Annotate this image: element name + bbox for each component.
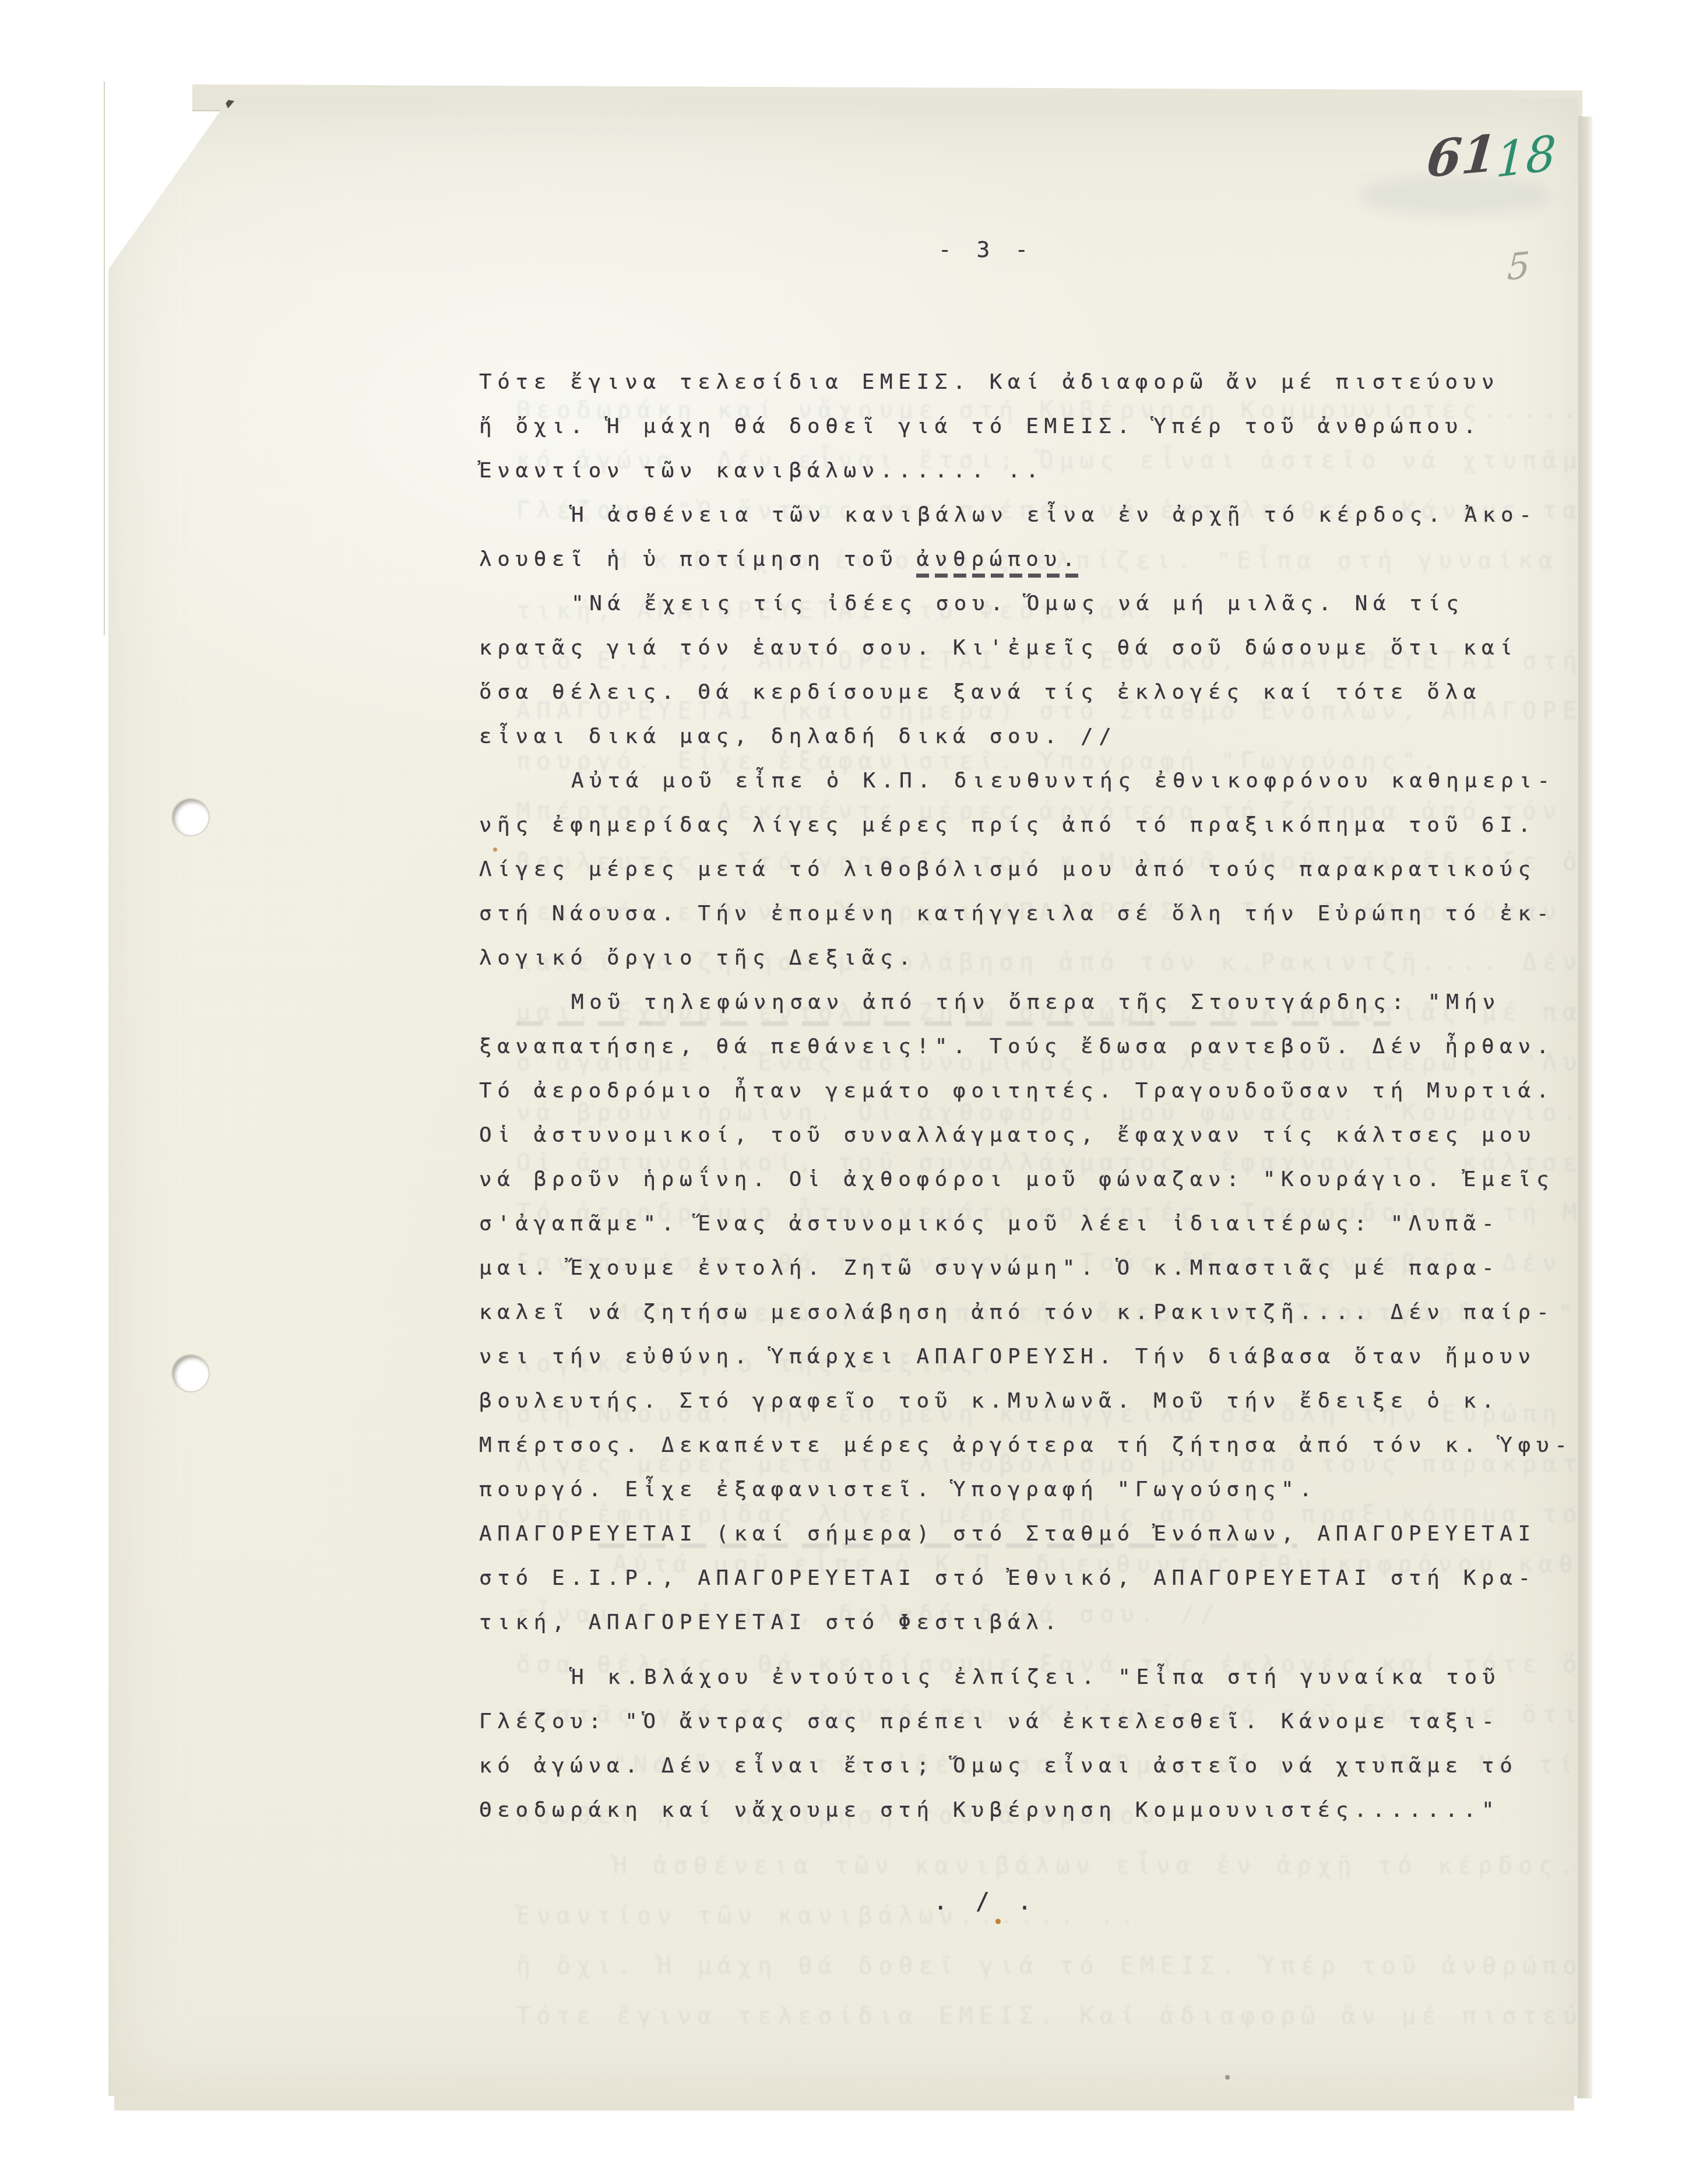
typewritten-line: Ἡ ἀσθένεια τῶν κανιβάλων εἶνα ἐν ἀρχῇ τό… xyxy=(479,493,1621,537)
typewritten-line: νά βροῦν ἡρωΐνη. Οἱ ἀχθοφόροι μοῦ φώναζα… xyxy=(479,1158,1621,1202)
typewritten-line: ΑΠΑΓΟΡΕΥΕΤΑΙ (καί σήμερα) στό Σταθμό Ἐνό… xyxy=(479,1512,1621,1556)
document-page: Θεοδωράκη καί νἄχουμε στή Κυβέρνηση Κομμ… xyxy=(108,98,1578,2096)
typewritten-line: Τό ἀεροδρόμιο ἦταν γεμάτο φοιτητές. Τραγ… xyxy=(479,1069,1621,1113)
typewritten-line: νῆς ἐφημερίδας λίγες μέρες πρίς ἀπό τό π… xyxy=(479,803,1621,847)
typewritten-line: στή Νάουσα. Τήν ἐπομένη κατήγγειλα σέ ὅλ… xyxy=(479,892,1621,936)
typewritten-line: Τότε ἔγινα τελεσίδια ΕΜΕΙΣ. Καί ἀδιαφορῶ… xyxy=(479,360,1621,405)
typewritten-line: Οἱ ἀστυνομικοί, τοῦ συναλλάγματος, ἔφαχν… xyxy=(479,1113,1621,1158)
handwritten-green-number: 18 xyxy=(1495,125,1557,189)
punch-hole-bottom xyxy=(173,1355,209,1391)
typewritten-line: ἤ ὄχι. Ἡ μάχη θά δοθεῖ γιά τό ΕΜΕΙΣ. Ὑπέ… xyxy=(479,405,1621,449)
paper-speck xyxy=(995,1919,1001,1924)
back-sheet-edge-left xyxy=(104,82,105,635)
typewritten-line: Γλέζου: "Ὁ ἄντρας σας πρέπει νά ἐκτελεσθ… xyxy=(479,1700,1621,1744)
typewritten-line: κρατᾶς γιά τόν ἑαυτό σου. Κι'ἐμεῖς θά σο… xyxy=(479,626,1621,670)
typewritten-line: στό Ε.Ι.Ρ., ΑΠΑΓΟΡΕΥΕΤΑΙ στό Ἐθνικό, ΑΠΑ… xyxy=(479,1556,1621,1601)
typewritten-line: ξαναπατήσηε, θά πεθάνεις!". Τούς ἔδωσα ρ… xyxy=(479,1025,1621,1069)
typewritten-line: ἤ ὄχι. Ἡ μάχη θά δοθεῖ γιά τό ΕΜΕΙΣ. Ὑπέ… xyxy=(516,1940,1696,1990)
typewritten-line: Μπέρτσος. Δεκαπέντε μέρες ἀργότερα τή ζή… xyxy=(479,1423,1621,1468)
handwritten-pencil-number: 61 xyxy=(1424,124,1499,189)
typewritten-line: βουλευτής. Στό γραφεῖο τοῦ κ.Μυλωνᾶ. Μοῦ… xyxy=(479,1379,1621,1423)
typewritten-line: πουργό. Εἶχε ἐξαφανιστεῖ. Ὑπογραφή "Γωγο… xyxy=(479,1468,1621,1512)
typewritten-line: Λίγες μέρες μετά τό λιθοβόλισμό μου ἀπό … xyxy=(479,847,1621,892)
typewritten-line: μαι. Ἔχουμε ἐντολή. Ζητῶ συγνώμη". Ὁ κ.Μ… xyxy=(479,1246,1621,1290)
typewritten-line: ὅσα θέλεις. Θά κερδίσουμε ξανά τίς ἐκλογ… xyxy=(479,670,1621,715)
typewritten-line: Αὐτά μοῦ εἶπε ὁ Κ.Π. διευθυντής ἐθνικοφρ… xyxy=(479,759,1621,803)
body-lines: Τότε ἔγινα τελεσίδια ΕΜΕΙΣ. Καί ἀδιαφορῶ… xyxy=(479,360,1621,1833)
typewritten-line: τική, ΑΠΑΓΟΡΕΥΕΤΑΙ στό Φεστιβάλ. xyxy=(479,1601,1621,1645)
typewritten-line: εἶναι δικά μας, δηλαδή δικά σου. // xyxy=(479,715,1621,759)
typewritten-line: Ἡ κ.Βλάχου ἐντούτοις ἐλπίζει. "Εἶπα στή … xyxy=(479,1655,1621,1700)
typewritten-line: Ἐναντίον τῶν κανιβάλων...... .. xyxy=(479,449,1621,493)
typewritten-line: Τότε ἔγινα τελεσίδια ΕΜΕΙΣ. Καί ἀδιαφορῶ… xyxy=(516,1990,1696,2041)
back-sheet-edge-right xyxy=(1577,117,1592,2098)
footer-continuation-mark: . / . xyxy=(479,1888,1493,1915)
paper-speck xyxy=(493,847,497,852)
typewritten-line: κό ἀγώνα. Δέν εἶναι ἔτσι; Ὅμως εἶναι ἀστ… xyxy=(479,1744,1621,1788)
paper-speck xyxy=(1225,2075,1230,2080)
typewritten-line: Ἡ ἀσθένεια τῶν κανιβάλων εἶνα ἐν ἀρχῇ τό… xyxy=(516,1840,1696,1890)
typewritten-line: νει τήν εὐθύνη. Ὑπάρχει ΑΠΑΓΟΡΕΥΣΗ. Τήν … xyxy=(479,1335,1621,1379)
typewritten-line: λογικό ὄργιο τῆς Δεξιᾶς. xyxy=(479,936,1621,980)
punch-hole-top xyxy=(173,799,209,835)
typewritten-line: "Νά ἔχεις τίς ἰδέες σου. Ὅμως νά μή μιλᾶ… xyxy=(479,582,1621,626)
typed-dashed-underline xyxy=(916,574,1080,578)
typewritten-line: σ'ἀγαπᾶμε". Ἕνας ἀστυνομικός μοῦ λέει ἰδ… xyxy=(479,1202,1621,1246)
typewritten-line: Θεοδωράκη καί νἄχουμε στή Κυβέρνηση Κομμ… xyxy=(479,1788,1621,1833)
typewritten-line: Μοῦ τηλεφώνησαν ἀπό τήν ὄπερα τῆς Στουτγ… xyxy=(479,980,1621,1025)
scanned-document: Θεοδωράκη καί νἄχουμε στή Κυβέρνηση Κομμ… xyxy=(0,0,1696,2184)
page-number: - 3 - xyxy=(479,237,1493,262)
handwritten-pencil-prefix: 5 xyxy=(1507,244,1531,289)
typewritten-line: καλεῖ νά ζητήσω μεσολάβηση ἀπό τόν κ.Ρακ… xyxy=(479,1290,1621,1335)
